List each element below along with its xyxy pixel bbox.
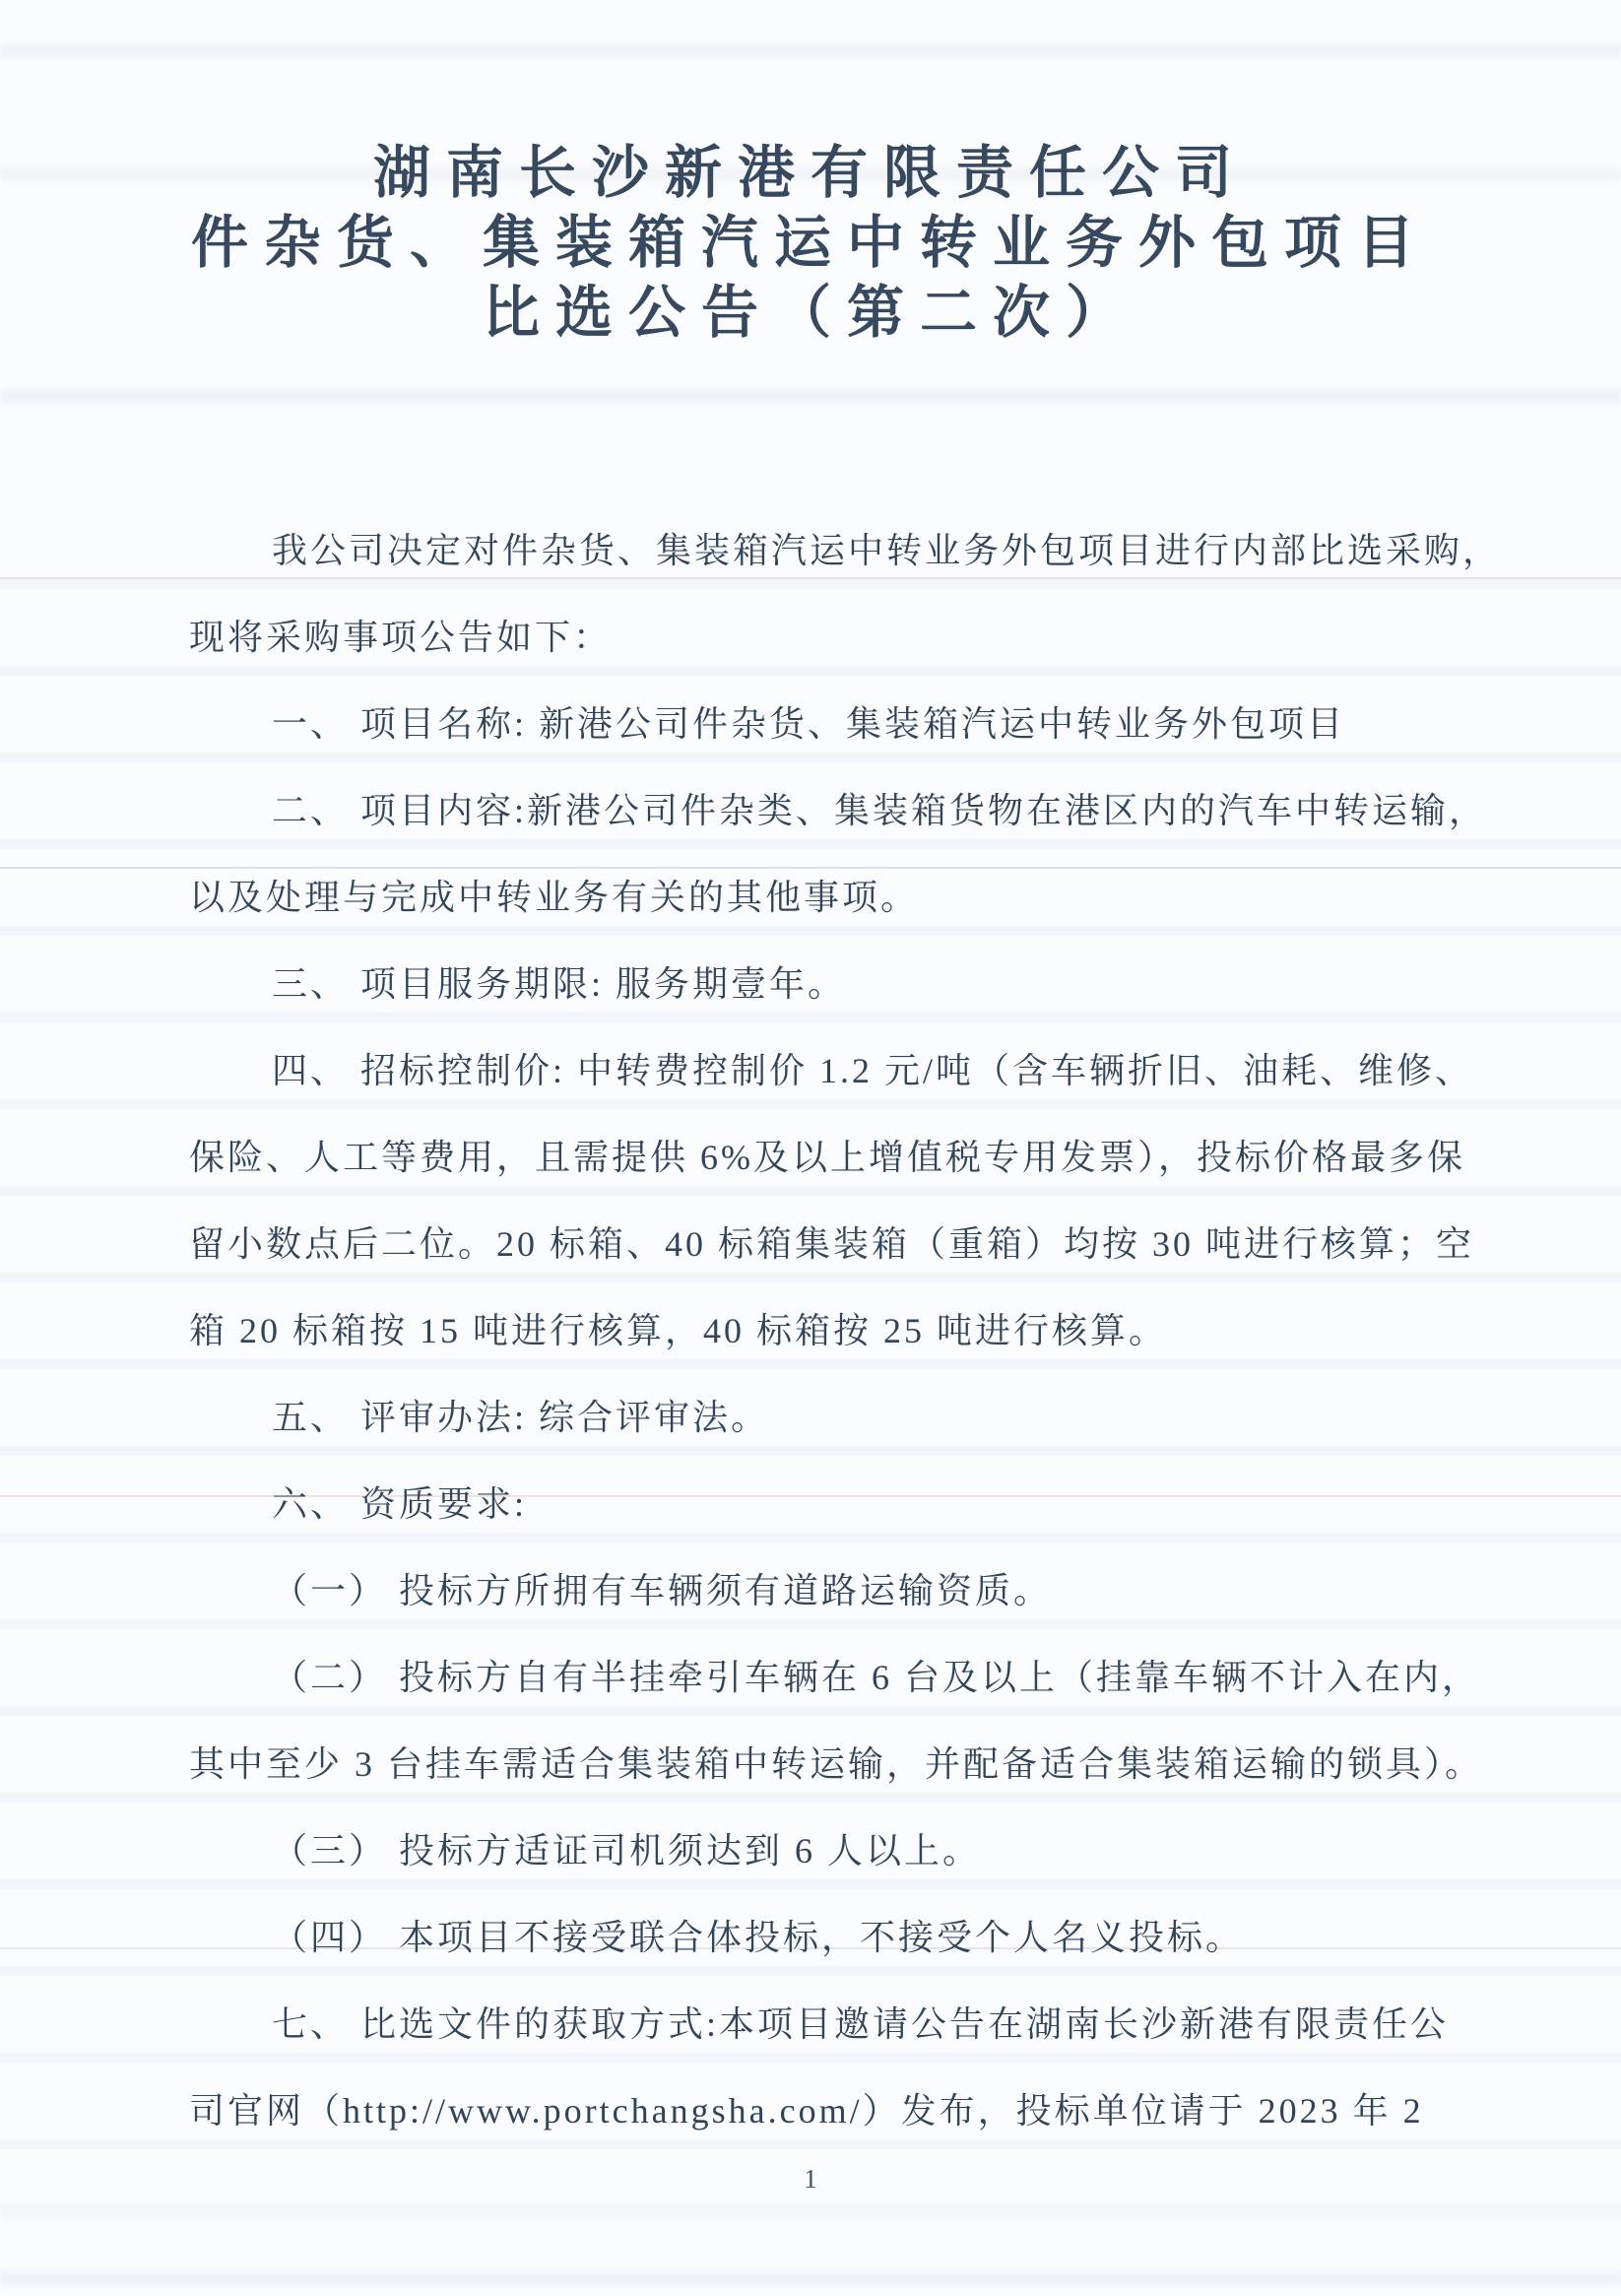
body-line-item-2: 二、 项目内容:新港公司件杂类、集装箱货物在港区内的汽车中转运输， [189, 767, 1487, 854]
body-line-item-1: 一、 项目名称: 新港公司件杂货、集装箱汽运中转业务外包项目 [189, 681, 1487, 767]
body-line: 留小数点后二位。20 标箱、40 标箱集装箱（重箱）均按 30 吨进行核算；空 [189, 1201, 1487, 1287]
document-title: 湖南长沙新港有限责任公司 件杂货、集装箱汽运中转业务外包项目 比选公告（第二次） [0, 138, 1621, 348]
title-line-notice: 比选公告（第二次） [0, 278, 1621, 348]
scan-smudge [0, 43, 1621, 57]
body-line: 以及处理与完成中转业务有关的其他事项。 [189, 854, 1487, 941]
title-line-company: 湖南长沙新港有限责任公司 [0, 138, 1621, 208]
body-line-subitem-1: （一） 投标方所拥有车辆须有道路运输资质。 [189, 1547, 1487, 1634]
body-line: 保险、人工等费用，且需提供 6%及以上增值税专用发票），投标价格最多保 [189, 1114, 1487, 1201]
body-line-subitem-4: （四） 本项目不接受联合体投标，不接受个人名义投标。 [189, 1894, 1487, 1981]
body-line-item-4: 四、 招标控制价: 中转费控制价 1.2 元/吨（含车辆折旧、油耗、维修、 [189, 1027, 1487, 1114]
scan-smudge [0, 390, 1621, 404]
body-line: 司官网（http://www.portchangsha.com/）发布，投标单位… [189, 2067, 1487, 2154]
body-line-item-3: 三、 项目服务期限: 服务期壹年。 [189, 941, 1487, 1027]
title-line-project: 件杂货、集装箱汽运中转业务外包项目 [0, 208, 1621, 278]
body-line: 我公司决定对件杂货、集装箱汽运中转业务外包项目进行内部比选采购， [189, 507, 1487, 594]
body-line-subitem-3: （三） 投标方适证司机须达到 6 人以上。 [189, 1807, 1487, 1894]
body-line-item-5: 五、 评审办法: 综合评审法。 [189, 1374, 1487, 1461]
body-line: 现将采购事项公告如下： [189, 594, 1487, 681]
page-number: 1 [0, 2159, 1621, 2198]
body-line-subitem-2: （二） 投标方自有半挂牵引车辆在 6 台及以上（挂靠车辆不计入在内， [189, 1634, 1487, 1721]
body-line-item-6: 六、 资质要求: [189, 1461, 1487, 1547]
scan-smudge [0, 2271, 1621, 2285]
scanned-document-page: 湖南长沙新港有限责任公司 件杂货、集装箱汽运中转业务外包项目 比选公告（第二次）… [0, 0, 1621, 2296]
body-line-item-7: 七、 比选文件的获取方式:本项目邀请公告在湖南长沙新港有限责任公 [189, 1981, 1487, 2067]
document-body: 我公司决定对件杂货、集装箱汽运中转业务外包项目进行内部比选采购， 现将采购事项公… [0, 507, 1621, 2154]
body-line: 其中至少 3 台挂车需适合集装箱中转运输，并配备适合集装箱运输的锁具）。 [189, 1721, 1487, 1807]
body-line: 箱 20 标箱按 15 吨进行核算，40 标箱按 25 吨进行核算。 [189, 1287, 1487, 1374]
scan-smudge [0, 2204, 1621, 2218]
